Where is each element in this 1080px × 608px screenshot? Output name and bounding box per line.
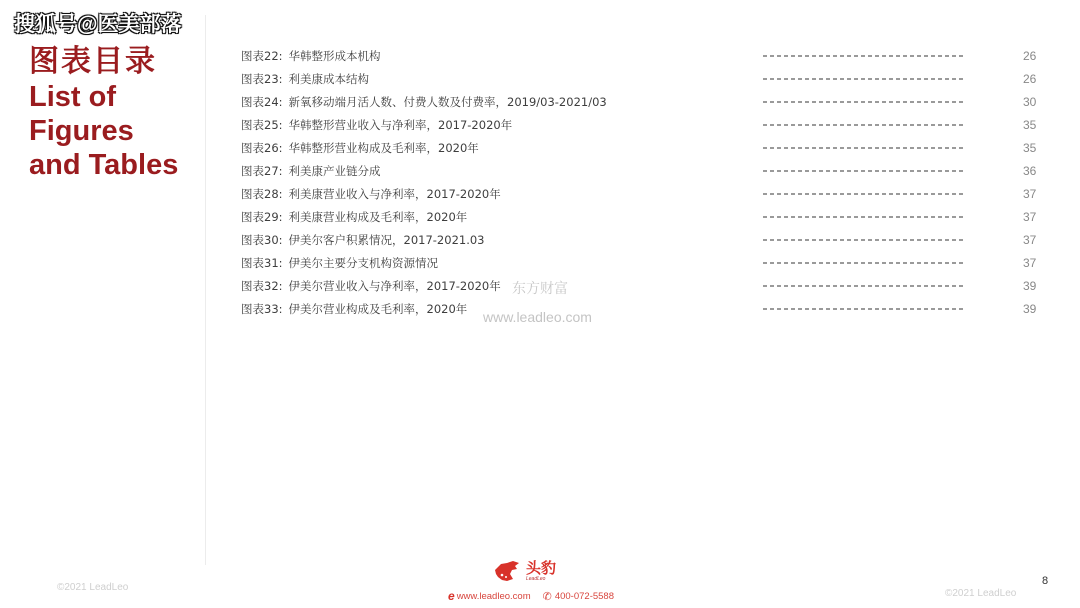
toc-entry[interactable]: 图表32:伊美尔营业收入与净利率，2017-2020年 39 xyxy=(241,276,1041,299)
toc-entry-page: 26 xyxy=(1023,69,1036,89)
toc-entry-title: 伊美尔营业构成及毛利率，2020年 xyxy=(289,302,468,316)
toc-entry-number: 图表29: xyxy=(241,210,283,224)
logo-english-name: LeadLeo xyxy=(526,576,556,582)
dot-leader xyxy=(763,239,965,241)
toc-entry-number: 图表33: xyxy=(241,302,283,316)
toc-entry-page: 37 xyxy=(1023,184,1036,204)
toc-entry-title: 新氧移动端月活人数、付费人数及付费率，2019/03-2021/03 xyxy=(289,95,607,109)
title-chinese: 图表目录 xyxy=(29,44,178,80)
toc-entry-title: 利美康营业构成及毛利率，2020年 xyxy=(289,210,468,224)
leopard-logo-icon xyxy=(493,560,521,582)
page-title: 图表目录 List of Figures and Tables xyxy=(29,44,178,182)
toc-entry-number: 图表30: xyxy=(241,233,283,247)
watermark-source: 搜狐号@医美部落 xyxy=(14,8,181,38)
title-english-line-2: Figures xyxy=(29,114,178,148)
toc-entry[interactable]: 图表33:伊美尔营业构成及毛利率，2020年 39 xyxy=(241,299,1041,322)
toc-entry-number: 图表32: xyxy=(241,279,283,293)
website-link[interactable]: www.leadleo.com xyxy=(457,591,531,602)
dot-leader xyxy=(763,78,965,80)
toc-entry-page: 37 xyxy=(1023,253,1036,273)
toc-entry[interactable]: 图表23:利美康成本结构 26 xyxy=(241,69,1041,92)
footer-copyright-left: ©2021 LeadLeo xyxy=(57,582,128,593)
page-number: 8 xyxy=(1042,575,1048,587)
toc-entry[interactable]: 图表29:利美康营业构成及毛利率，2020年 37 xyxy=(241,207,1041,230)
table-of-contents: 图表22:华韩整形成本机构 26 图表23:利美康成本结构 26 图表24:新氧… xyxy=(241,46,1041,322)
toc-entry-number: 图表22: xyxy=(241,49,283,63)
phone-icon: ✆ xyxy=(543,590,552,603)
dot-leader xyxy=(763,262,965,264)
dot-leader xyxy=(763,308,965,310)
toc-entry-number: 图表28: xyxy=(241,187,283,201)
leadleo-logo: 头豹 LeadLeo xyxy=(493,560,556,582)
toc-entry[interactable]: 图表24:新氧移动端月活人数、付费人数及付费率，2019/03-2021/03 … xyxy=(241,92,1041,115)
toc-entry-page: 30 xyxy=(1023,92,1036,112)
toc-entry-number: 图表27: xyxy=(241,164,283,178)
dot-leader xyxy=(763,101,965,103)
toc-entry-title: 华韩整形营业收入与净利率，2017-2020年 xyxy=(289,118,513,132)
toc-entry[interactable]: 图表22:华韩整形成本机构 26 xyxy=(241,46,1041,69)
toc-entry-title: 伊美尔客户积累情况，2017-2021.03 xyxy=(289,233,485,247)
toc-entry-page: 39 xyxy=(1023,276,1036,296)
toc-entry-page: 26 xyxy=(1023,46,1036,66)
toc-entry-title: 伊美尔营业收入与净利率，2017-2020年 xyxy=(289,279,501,293)
toc-entry-number: 图表26: xyxy=(241,141,283,155)
logo-chinese-name: 头豹 xyxy=(526,560,556,576)
dot-leader xyxy=(763,285,965,287)
vertical-divider xyxy=(205,15,206,565)
toc-entry-number: 图表24: xyxy=(241,95,283,109)
watermark-eastmoney: 东方财富 xyxy=(512,278,568,298)
toc-entry-title: 伊美尔主要分支机构资源情况 xyxy=(289,256,439,270)
toc-entry-title: 利美康产业链分成 xyxy=(289,164,381,178)
dot-leader xyxy=(763,216,965,218)
dot-leader xyxy=(763,147,965,149)
toc-entry[interactable]: 图表27:利美康产业链分成 36 xyxy=(241,161,1041,184)
toc-entry-title: 利美康成本结构 xyxy=(289,72,370,86)
toc-entry-page: 37 xyxy=(1023,207,1036,227)
footer-copyright-right: ©2021 LeadLeo xyxy=(945,588,1016,599)
toc-entry-number: 图表23: xyxy=(241,72,283,86)
toc-entry[interactable]: 图表31:伊美尔主要分支机构资源情况 37 xyxy=(241,253,1041,276)
toc-entry-page: 36 xyxy=(1023,161,1036,181)
title-english-line-1: List of xyxy=(29,80,178,114)
toc-entry[interactable]: 图表25:华韩整形营业收入与净利率，2017-2020年 35 xyxy=(241,115,1041,138)
web-e-icon: e xyxy=(448,589,455,603)
toc-entry-number: 图表25: xyxy=(241,118,283,132)
toc-entry[interactable]: 图表30:伊美尔客户积累情况，2017-2021.03 37 xyxy=(241,230,1041,253)
toc-entry-title: 华韩整形成本机构 xyxy=(289,49,381,63)
toc-entry-page: 35 xyxy=(1023,138,1036,158)
toc-entry-page: 37 xyxy=(1023,230,1036,250)
dot-leader xyxy=(763,193,965,195)
phone-number: 400-072-5588 xyxy=(555,591,614,602)
toc-entry-title: 利美康营业收入与净利率，2017-2020年 xyxy=(289,187,501,201)
dot-leader xyxy=(763,55,965,57)
toc-entry[interactable]: 图表26:华韩整形营业构成及毛利率，2020年 35 xyxy=(241,138,1041,161)
toc-entry-title: 华韩整形营业构成及毛利率，2020年 xyxy=(289,141,479,155)
footer-contact: e www.leadleo.com ✆ 400-072-5588 xyxy=(448,589,614,603)
dot-leader xyxy=(763,170,965,172)
toc-entry-page: 35 xyxy=(1023,115,1036,135)
toc-entry-page: 39 xyxy=(1023,299,1036,319)
toc-entry[interactable]: 图表28:利美康营业收入与净利率，2017-2020年 37 xyxy=(241,184,1041,207)
title-english-line-3: and Tables xyxy=(29,148,178,182)
toc-entry-number: 图表31: xyxy=(241,256,283,270)
watermark-url: www.leadleo.com xyxy=(483,309,592,325)
dot-leader xyxy=(763,124,965,126)
